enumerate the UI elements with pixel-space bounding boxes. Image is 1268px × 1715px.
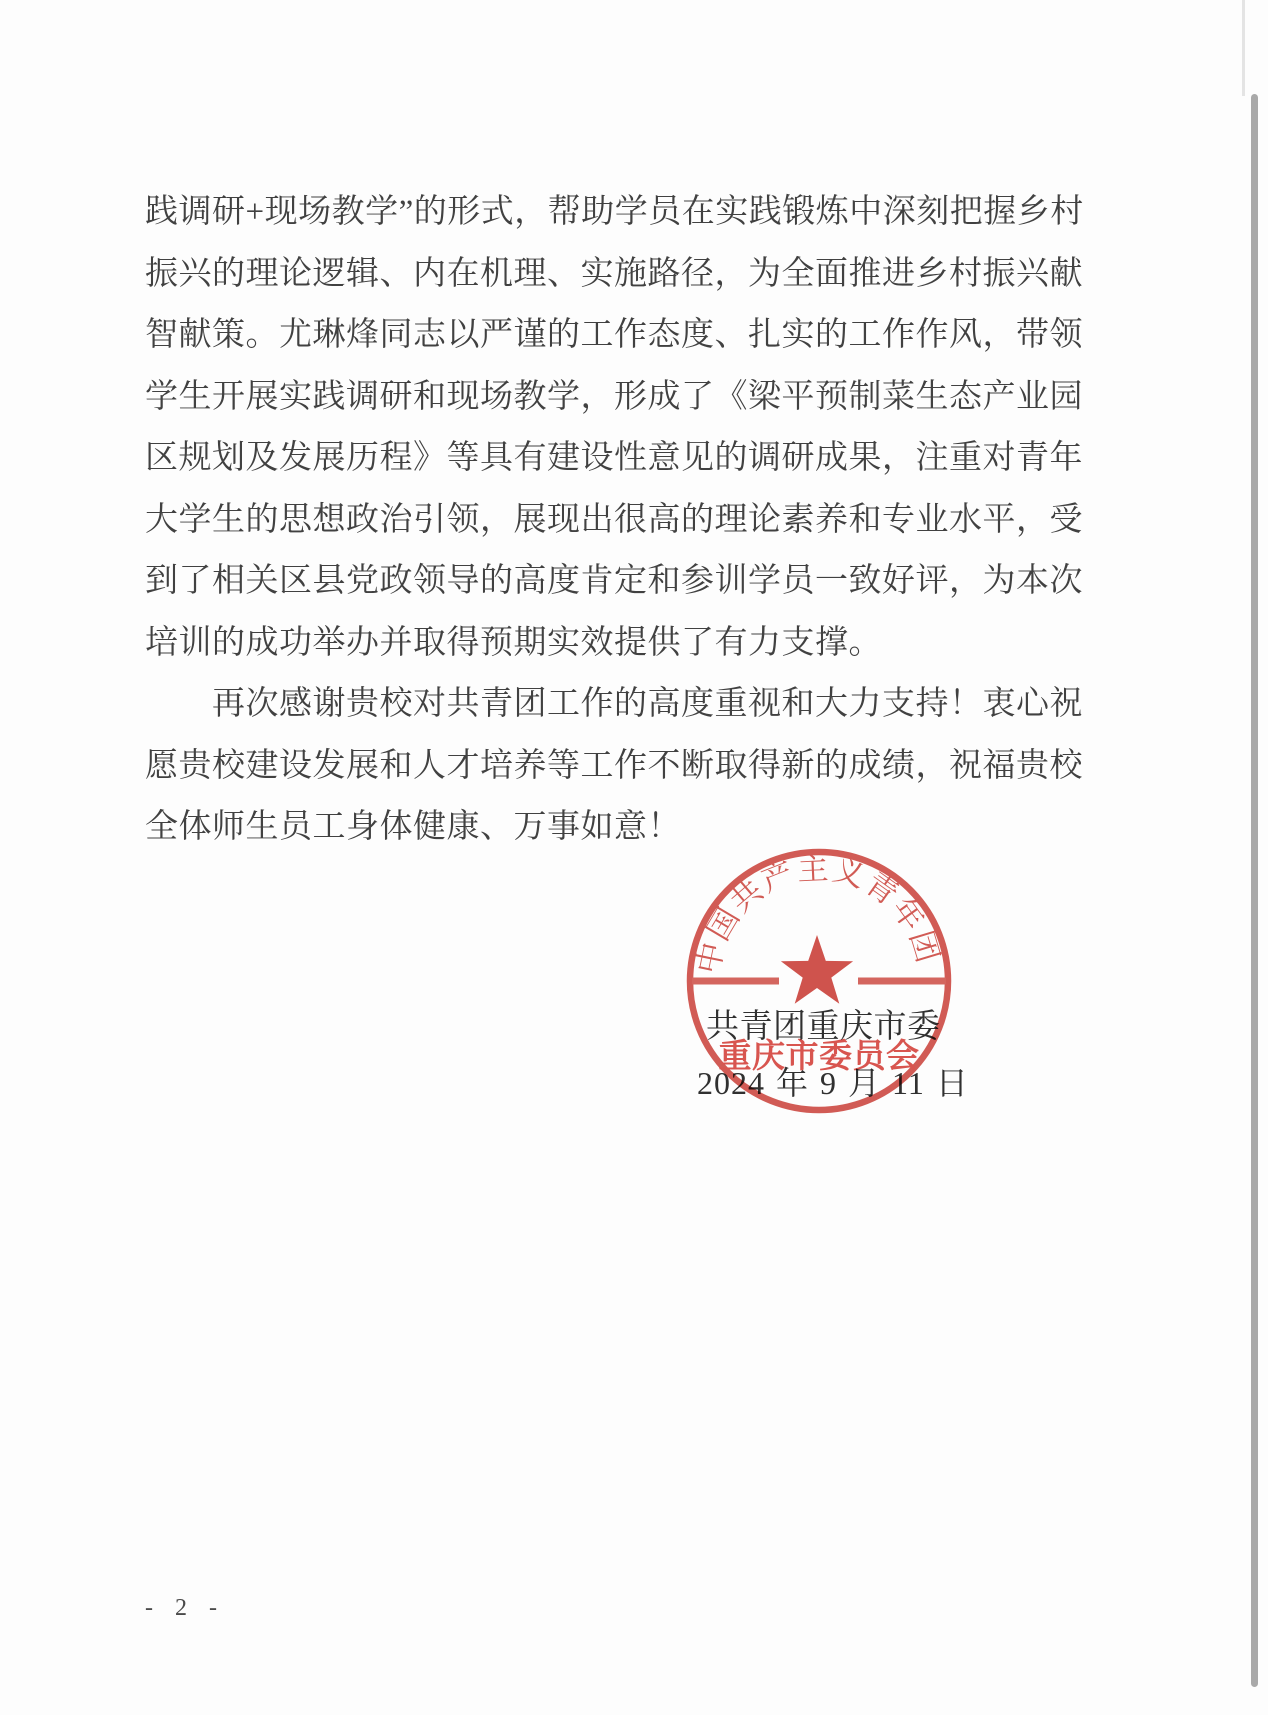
letter-line: 振兴的理论逻辑、内在机理、实施路径，为全面推进乡村振兴献 [145,244,1105,306]
scanned-letter-page: 践调研+现场教学”的形式，帮助学员在实践锻炼中深刻把握乡村振兴的理论逻辑、内在机… [0,0,1268,1715]
letter-line: 践调研+现场教学”的形式，帮助学员在实践锻炼中深刻把握乡村 [145,182,1105,244]
letter-line: 到了相关区县党政领导的高度肯定和参训学员一致好评，为本次 [145,551,1105,613]
page-number: - 2 - [145,1595,225,1622]
official-seal: 中国共产主义青年团 重庆市委员会 [669,831,969,1131]
letter-line: 愿贵校建设发展和人才培养等工作不断取得新的成绩，祝福贵校 [145,736,1105,798]
letter-line: 学生开展实践调研和现场教学，形成了《梁平预制菜生态产业园 [145,367,1105,429]
scan-edge-line [1251,94,1258,1687]
letter-line: 智献策。尤琳烽同志以严谨的工作态度、扎实的工作作风，带领 [145,305,1105,367]
letter-line: 区规划及发展历程》等具有建设性意见的调研成果，注重对青年 [145,428,1105,490]
seal-bottom-text: 重庆市委员会 [719,1038,920,1075]
letter-line: 再次感谢贵校对共青团工作的高度重视和大力支持！衷心祝 [145,674,1105,736]
scan-edge-faint-line [1242,0,1245,96]
seal-star-icon [781,935,853,1004]
letter-body: 践调研+现场教学”的形式，帮助学员在实践锻炼中深刻把握乡村振兴的理论逻辑、内在机… [145,182,1105,859]
letter-line: 大学生的思想政治引领，展现出很高的理论素养和专业水平，受 [145,490,1105,552]
letter-line: 培训的成功举办并取得预期实效提供了有力支撑。 [145,613,1105,675]
